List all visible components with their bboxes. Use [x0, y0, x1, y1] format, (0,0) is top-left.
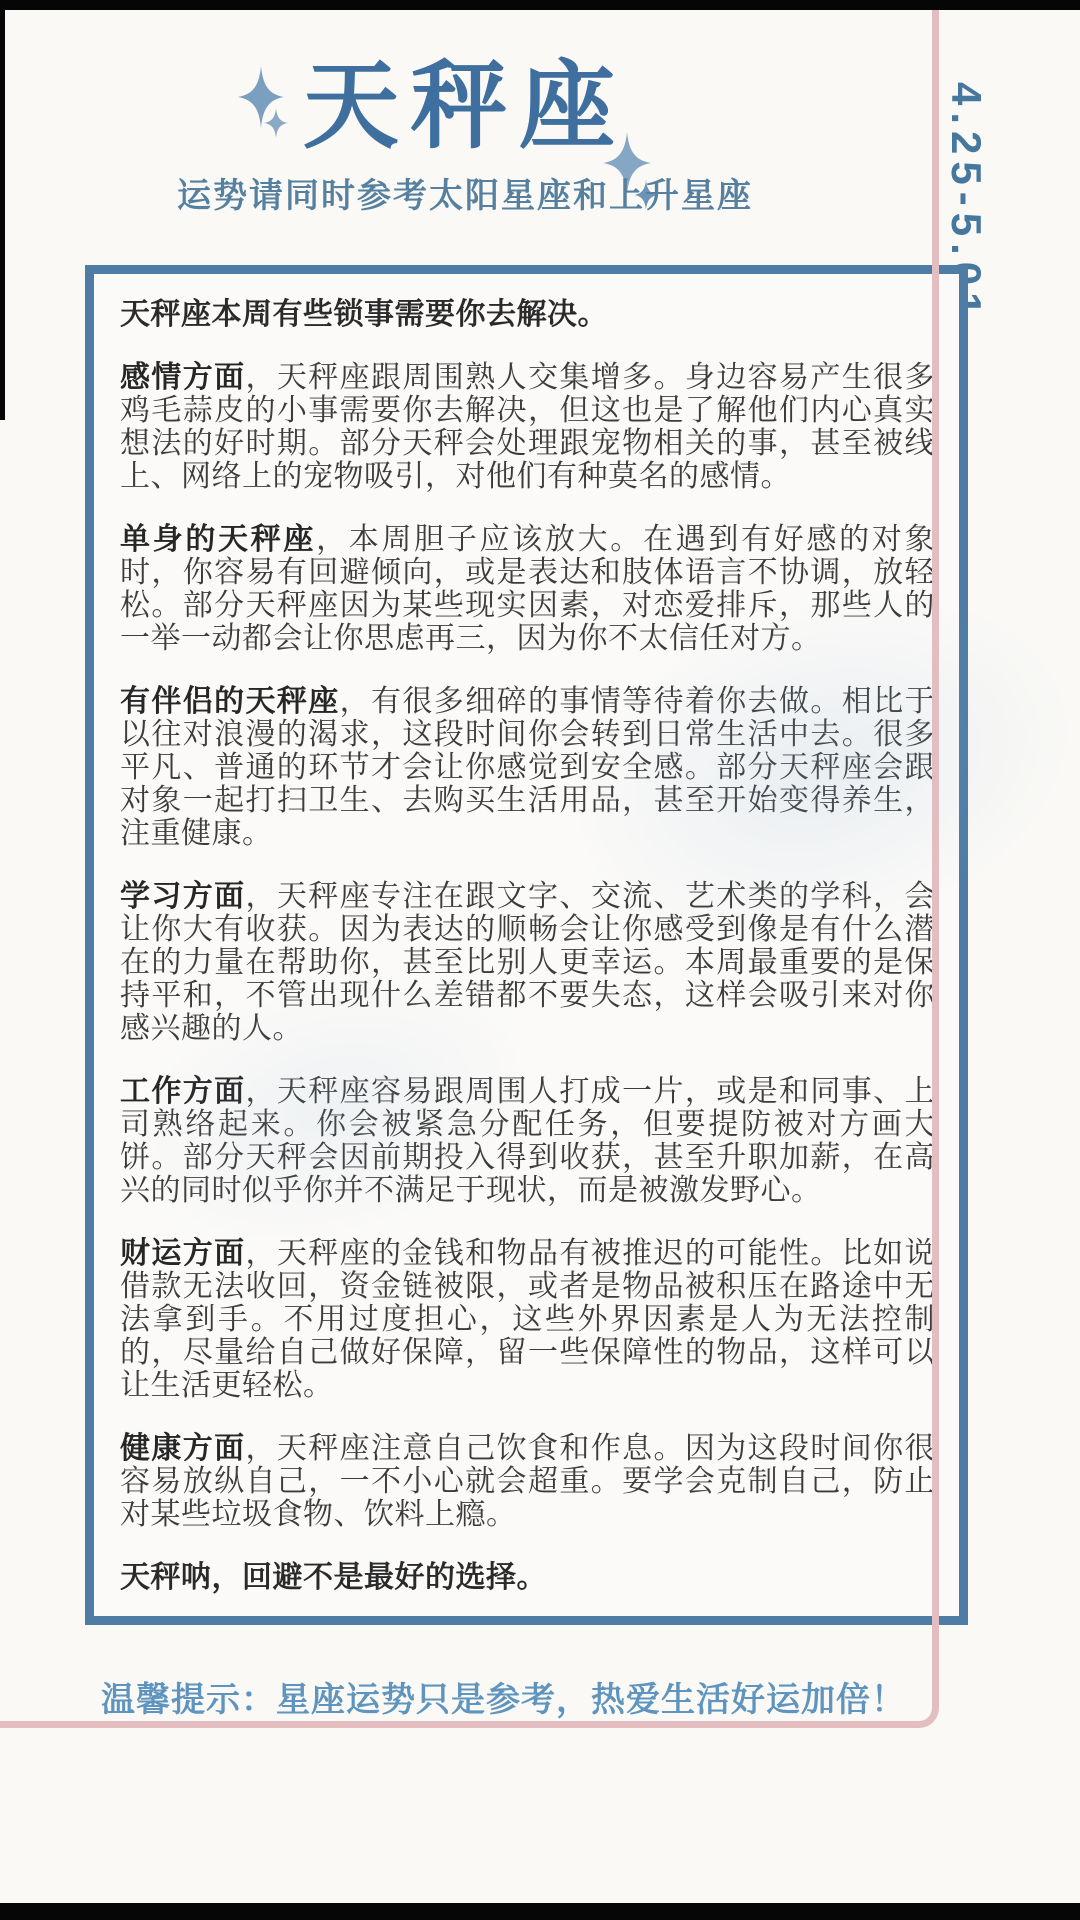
horoscope-text-box: 天秤座本周有些锁事需要你去解决。 感情方面，天秤座跟周围熟人交集增多。身边容易产…	[85, 265, 968, 1625]
section-label: 财运方面	[120, 1237, 246, 1270]
section-wealth: 财运方面，天秤座的金钱和物品有被推迟的可能性。比如说借款无法收回，资金链被限，或…	[120, 1237, 935, 1402]
section-single: 单身的天秤座，本周胆子应该放大。在遇到有好感的对象时，你容易有回避倾向，或是表达…	[120, 523, 935, 655]
letterbox-bottom	[0, 1903, 1080, 1920]
closing-line: 天秤呐，回避不是最好的选择。	[120, 1561, 935, 1594]
section-label: 健康方面	[120, 1432, 246, 1465]
page-title: 天秤座	[0, 52, 930, 162]
page-subtitle: 运势请同时参考太阳星座和上升星座	[0, 168, 930, 217]
section-love: 感情方面，天秤座跟周围熟人交集增多。身边容易产生很多鸡毛蒜皮的小事需要你去解决，…	[120, 361, 935, 493]
section-label: 单身的天秤座	[120, 523, 316, 556]
intro-line: 天秤座本周有些锁事需要你去解决。	[120, 298, 935, 331]
letterbox-top	[0, 0, 1080, 10]
section-study: 学习方面，天秤座专注在跟文字、交流、艺术类的学科，会让你大有收获。因为表达的顺畅…	[120, 880, 935, 1045]
section-label: 有伴侣的天秤座	[120, 685, 340, 718]
section-label: 学习方面	[120, 880, 246, 913]
section-partnered: 有伴侣的天秤座，有很多细碎的事情等待着你去做。相比于以往对浪漫的渴求，这段时间你…	[120, 685, 935, 850]
section-health: 健康方面，天秤座注意自己饮食和作息。因为这段时间你很容易放纵自己，一不小心就会超…	[120, 1432, 935, 1531]
header: 天秤座 运势请同时参考太阳星座和上升星座	[0, 52, 930, 217]
section-work: 工作方面，天秤座容易跟周围人打成一片，或是和同事、上司熟络起来。你会被紧急分配任…	[120, 1075, 935, 1207]
section-label: 工作方面	[120, 1075, 246, 1108]
letterbox-left	[0, 0, 5, 420]
horoscope-poster: 4.25-5.01 天秤座 运势请同时参考太阳星座和上升星座 天秤座本周有些锁事…	[0, 0, 1080, 1920]
section-label: 感情方面	[120, 361, 246, 394]
footer-tip: 温馨提示：星座运势只是参考，热爱生活好运加倍！	[0, 1672, 906, 1721]
